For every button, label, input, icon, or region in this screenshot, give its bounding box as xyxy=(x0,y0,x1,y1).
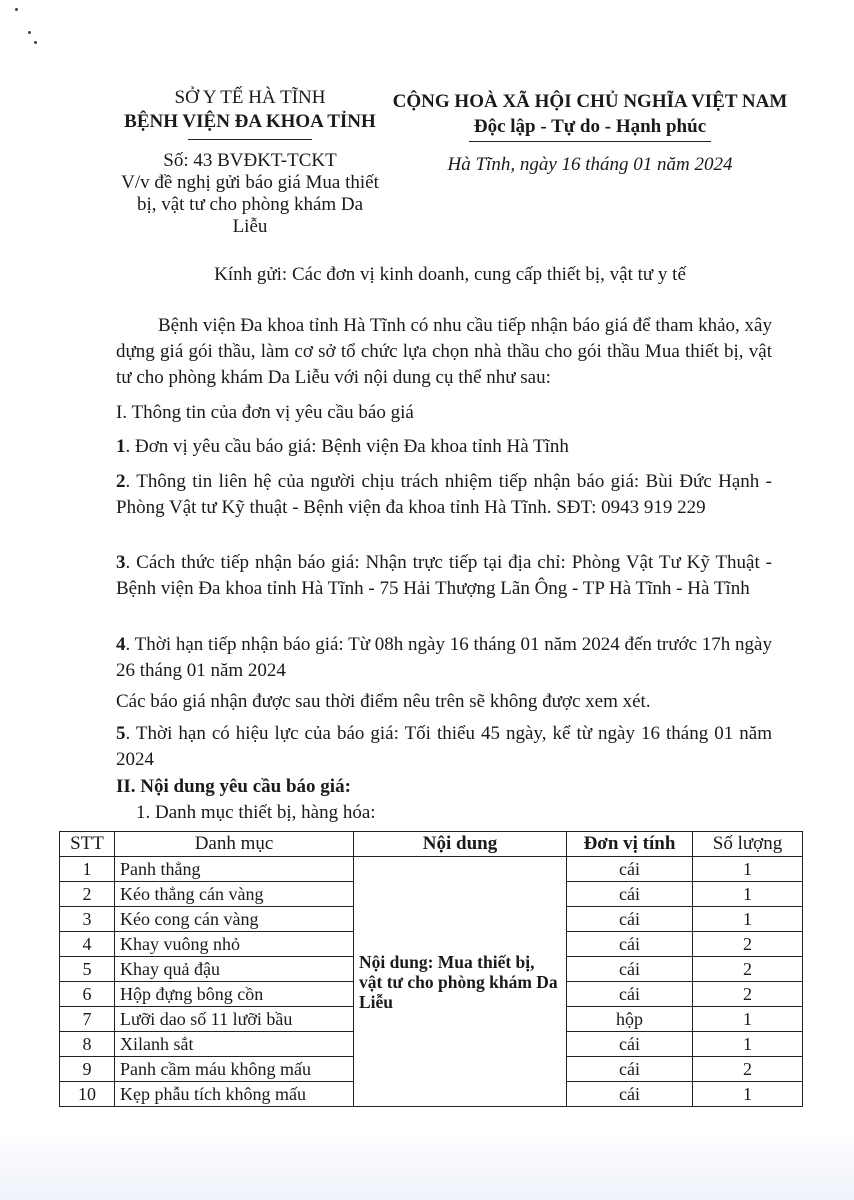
cell-stt: 9 xyxy=(60,1057,115,1082)
place-date: Hà Tĩnh, ngày 16 tháng 01 năm 2024 xyxy=(380,152,800,177)
subject-line: Liễu xyxy=(100,216,400,238)
organization-name: BỆNH VIỆN ĐA KHOA TỈNH xyxy=(100,110,400,134)
section-1-item-1: 1. Đơn vị yêu cầu báo giá: Bệnh viện Đa … xyxy=(116,434,772,460)
header-name: Danh mục xyxy=(115,832,354,857)
cell-stt: 5 xyxy=(60,957,115,982)
cell-name: Kẹp phẫu tích không mấu xyxy=(115,1082,354,1107)
cell-unit: cái xyxy=(567,957,693,982)
document-number: Số: 43 BVĐKT-TCKT xyxy=(100,150,400,172)
item-text: . Cách thức tiếp nhận báo giá: Nhận trực… xyxy=(116,552,772,599)
cell-name: Panh thẳng xyxy=(115,857,354,882)
cell-stt: 10 xyxy=(60,1082,115,1107)
cell-qty: 2 xyxy=(693,982,803,1007)
cell-name: Panh cầm máu không mấu xyxy=(115,1057,354,1082)
header-unit: Đơn vị tính xyxy=(567,832,693,857)
cell-qty: 2 xyxy=(693,1057,803,1082)
nation-title: CỘNG HOÀ XÃ HỘI CHỦ NGHĨA VIỆT NAM xyxy=(380,89,800,114)
cell-name: Khay vuông nhỏ xyxy=(115,932,354,957)
cell-unit: cái xyxy=(567,857,693,882)
cell-stt: 4 xyxy=(60,932,115,957)
section-1-item-5: 5. Thời hạn có hiệu lực của báo giá: Tối… xyxy=(116,721,772,773)
subject-line: bị, vật tư cho phòng khám Da xyxy=(100,194,400,216)
cell-content-merged: Nội dung: Mua thiết bị, vật tư cho phòng… xyxy=(354,857,567,1107)
cell-unit: cái xyxy=(567,1032,693,1057)
scan-shadow xyxy=(0,1130,854,1200)
item-number: 2 xyxy=(116,471,126,492)
cell-unit: cái xyxy=(567,1057,693,1082)
section-1-title: I. Thông tin của đơn vị yêu cầu báo giá xyxy=(116,400,772,426)
motto-underline xyxy=(469,141,711,142)
cell-qty: 2 xyxy=(693,932,803,957)
national-header: CỘNG HOÀ XÃ HỘI CHỦ NGHĨA VIỆT NAM Độc l… xyxy=(380,89,800,177)
header-stt: STT xyxy=(60,832,115,857)
table-row: 1Panh thẳngNội dung: Mua thiết bị, vật t… xyxy=(60,857,803,882)
cell-name: Xilanh sắt xyxy=(115,1032,354,1057)
section-1-item-3: 3. Cách thức tiếp nhận báo giá: Nhận trự… xyxy=(116,550,772,602)
cell-unit: cái xyxy=(567,882,693,907)
cell-name: Lưỡi dao số 11 lưỡi bầu xyxy=(115,1007,354,1032)
cell-unit: cái xyxy=(567,907,693,932)
cell-qty: 1 xyxy=(693,857,803,882)
subject-line: V/v đề nghị gửi báo giá Mua thiết xyxy=(100,172,400,194)
addressee: Kính gửi: Các đơn vị kinh doanh, cung cấ… xyxy=(100,262,800,288)
cell-unit: hộp xyxy=(567,1007,693,1032)
header-qty: Số lượng xyxy=(693,832,803,857)
cell-unit: cái xyxy=(567,932,693,957)
section-1-item-4: 4. Thời hạn tiếp nhận báo giá: Từ 08h ng… xyxy=(116,632,772,684)
cell-name: Kéo thẳng cán vàng xyxy=(115,882,354,907)
cell-name: Kéo cong cán vàng xyxy=(115,907,354,932)
cell-qty: 1 xyxy=(693,907,803,932)
national-motto: Độc lập - Tự do - Hạnh phúc xyxy=(380,114,800,139)
cell-stt: 3 xyxy=(60,907,115,932)
cell-unit: cái xyxy=(567,1082,693,1107)
cell-name: Hộp đựng bông cồn xyxy=(115,982,354,1007)
item-text: . Thông tin liên hệ của người chịu trách… xyxy=(116,471,772,518)
table-header-row: STT Danh mục Nội dung Đơn vị tính Số lượ… xyxy=(60,832,803,857)
header-content: Nội dung xyxy=(354,832,567,857)
cell-qty: 1 xyxy=(693,1082,803,1107)
section-2-title: II. Nội dung yêu cầu báo giá: xyxy=(116,774,772,800)
section-2-subtitle: 1. Danh mục thiết bị, hàng hóa: xyxy=(136,800,792,826)
late-submission-note: Các báo giá nhận được sau thời điểm nêu … xyxy=(116,689,772,715)
document-subject: V/v đề nghị gửi báo giá Mua thiết bị, vậ… xyxy=(100,172,400,238)
item-text: . Đơn vị yêu cầu báo giá: Bệnh viện Đa k… xyxy=(126,436,569,457)
header-divider xyxy=(188,139,312,140)
issuer-header: SỞ Y TẾ HÀ TĨNH BỆNH VIỆN ĐA KHOA TỈNH S… xyxy=(100,86,400,238)
cell-stt: 7 xyxy=(60,1007,115,1032)
item-text: . Thời hạn tiếp nhận báo giá: Từ 08h ngà… xyxy=(116,634,772,681)
item-number: 4 xyxy=(116,634,126,655)
intro-paragraph: Bệnh viện Đa khoa tỉnh Hà Tĩnh có nhu cầ… xyxy=(116,313,772,391)
item-number: 1 xyxy=(116,436,126,457)
item-number: 5 xyxy=(116,723,126,744)
cell-qty: 2 xyxy=(693,957,803,982)
section-1-item-2: 2. Thông tin liên hệ của người chịu trác… xyxy=(116,469,772,521)
cell-qty: 1 xyxy=(693,1007,803,1032)
scan-artifact xyxy=(12,5,42,45)
department-name: SỞ Y TẾ HÀ TĨNH xyxy=(100,86,400,110)
item-number: 3 xyxy=(116,552,126,573)
cell-stt: 6 xyxy=(60,982,115,1007)
cell-qty: 1 xyxy=(693,1032,803,1057)
cell-stt: 1 xyxy=(60,857,115,882)
cell-name: Khay quả đậu xyxy=(115,957,354,982)
cell-stt: 2 xyxy=(60,882,115,907)
cell-unit: cái xyxy=(567,982,693,1007)
equipment-table: STT Danh mục Nội dung Đơn vị tính Số lượ… xyxy=(59,831,803,1107)
cell-qty: 1 xyxy=(693,882,803,907)
item-text: . Thời hạn có hiệu lực của báo giá: Tối … xyxy=(116,723,772,770)
cell-stt: 8 xyxy=(60,1032,115,1057)
